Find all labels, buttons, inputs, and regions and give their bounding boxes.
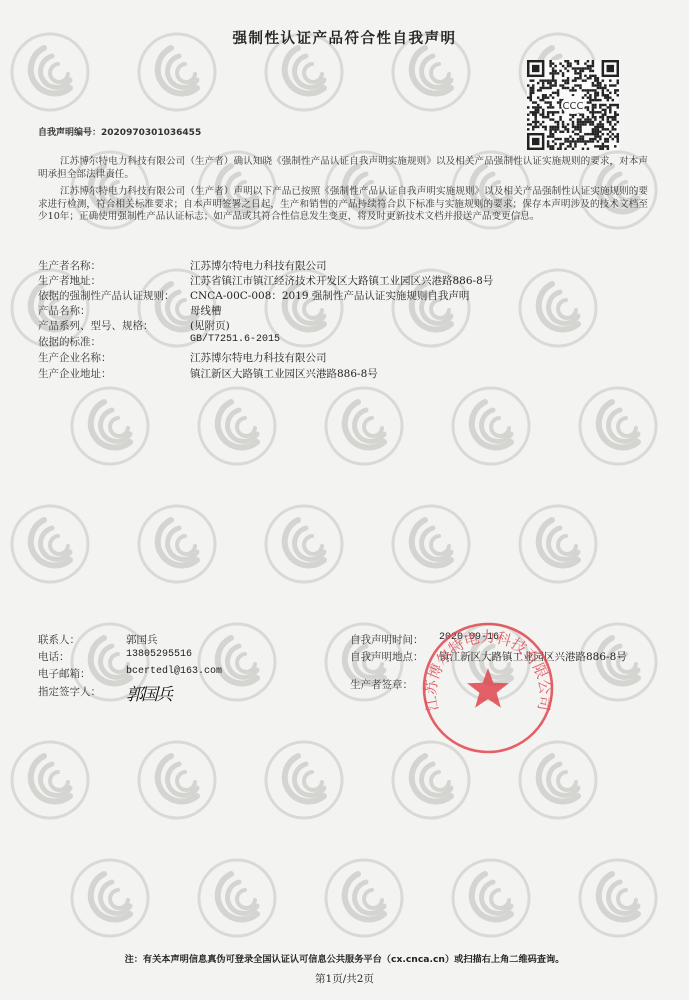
handwritten-signature: 郭国兵	[126, 680, 171, 705]
document-title: 强制性认证产品符合性自我声明	[0, 27, 689, 48]
svg-text:CCC: CCC	[563, 101, 584, 112]
qr-code[interactable]: CCC	[527, 60, 619, 150]
page-number: 第1页/共2页	[0, 971, 689, 986]
declaration-number-label: 自我声明编号：	[38, 128, 101, 138]
declaration-number: 自我声明编号：2020970301036455	[38, 125, 201, 138]
paragraph-declaration: 江苏博尔特电力科技有限公司（生产者）声明以下产品已按照《强制性产品认证自我声明实…	[38, 186, 648, 224]
paragraph-acknowledgement: 江苏博尔特电力科技有限公司（生产者）确认知晓《强制性产品认证自我声明实施规则》以…	[38, 156, 648, 181]
declaration-number-value: 2020970301036455	[101, 128, 201, 138]
footer-note: 注：有关本声明信息真伪可登录全国认证认可信息公共服务平台（cx.cnca.cn）…	[0, 951, 689, 965]
company-seal-stamp: 江苏博尔特电力科技有限公司	[418, 618, 558, 758]
